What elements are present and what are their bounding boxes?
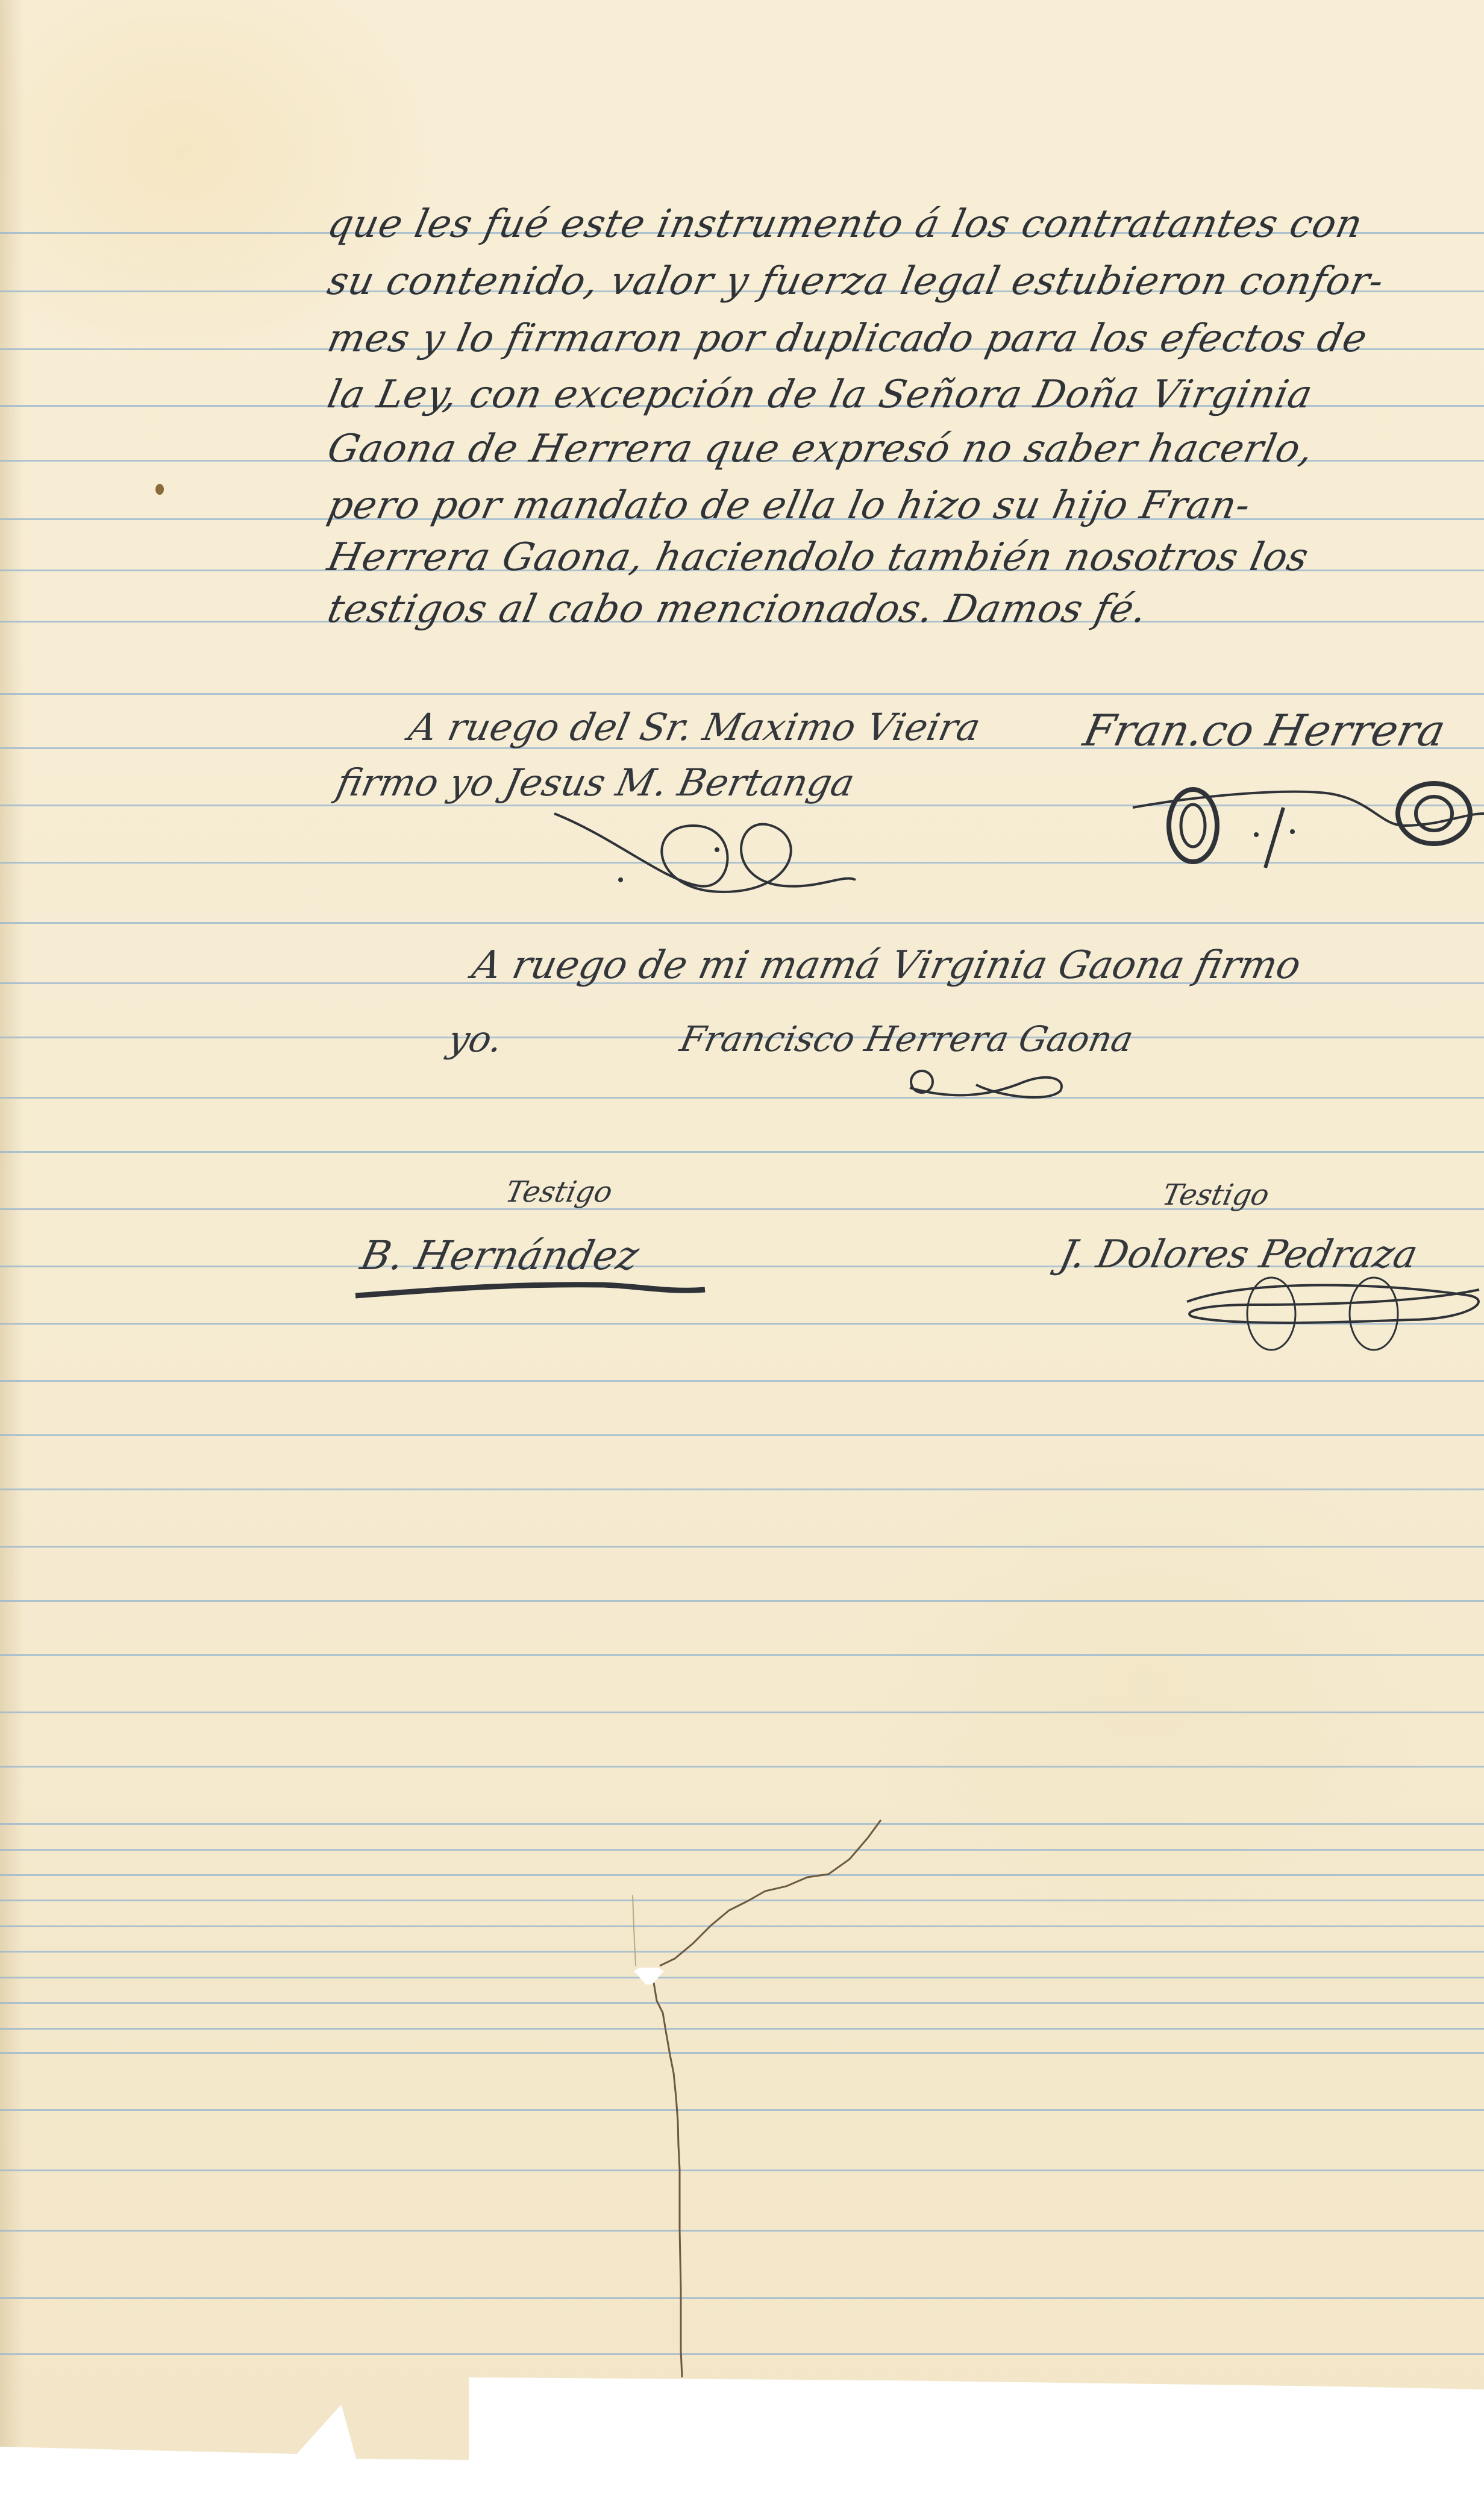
witness-right-signature: J. Dolores Pedraza: [1056, 1232, 1421, 1277]
witness-left-label: Testigo: [502, 1175, 615, 1209]
francisco-herrera-signature: Fran.co Herrera: [1079, 705, 1450, 756]
body-line-3: mes y lo firmaron por duplicado para los…: [324, 316, 1371, 361]
hernandez-underline-icon: [349, 1272, 711, 1302]
witness-right-label: Testigo: [1159, 1178, 1272, 1212]
body-line-2: su contenido, valor y fuerza legal estub…: [324, 259, 1388, 304]
body-line-4: la Ley, con excepción de la Señora Doña …: [324, 372, 1317, 417]
body-line-6: pero por mandato de ella lo hizo su hijo…: [324, 483, 1254, 528]
body-line-8: testigos al cabo mencionados. Damos fé.: [324, 587, 1151, 632]
ruego-mama-line1: A ruego de mi mamá Virginia Gaona firmo: [468, 943, 1304, 988]
bertanga-rubric-icon: [542, 802, 874, 904]
ruego-vieira-line2: firmo yo Jesus M. Bertanga: [333, 761, 858, 805]
francisco-herrera-gaona-signature: Francisco Herrera Gaona: [677, 1018, 1137, 1059]
body-line-7: Herrera Gaona, haciendolo también nosotr…: [324, 535, 1313, 580]
herrera-rubric-icon: [1127, 777, 1484, 874]
body-line-1: que les fué este instrumento á los contr…: [324, 202, 1367, 246]
ruego-mama-yo: yo.: [445, 1018, 507, 1061]
pedraza-rubric-icon: [1181, 1272, 1484, 1356]
gaona-rubric-icon: [904, 1064, 1085, 1106]
body-line-5: Gaona de Herrera que expresó no saber ha…: [324, 427, 1318, 471]
ruego-vieira-line1: A ruego del Sr. Maximo Vieira: [405, 705, 984, 749]
